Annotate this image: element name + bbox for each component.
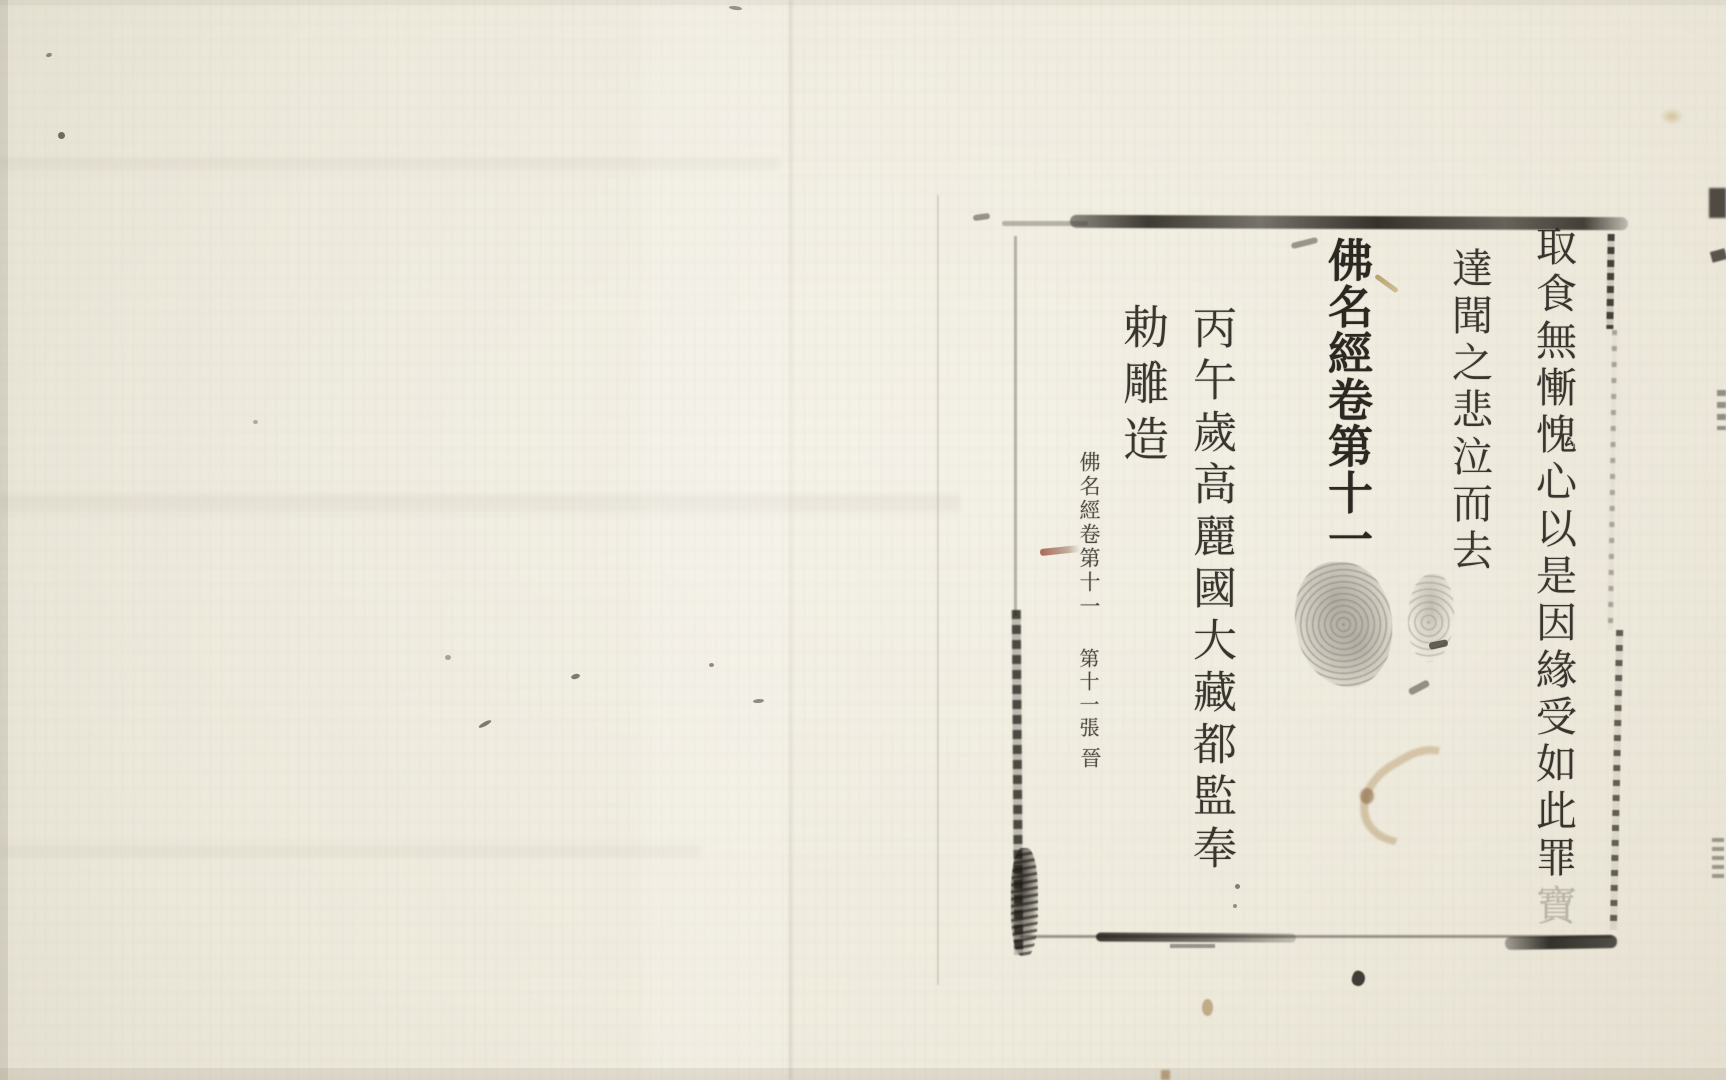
block-border-bottom (1505, 935, 1617, 950)
paper-speck (571, 673, 581, 680)
ink-fleck (1350, 969, 1367, 988)
sutra-sheet-scan: 取食無慚愧心以是因緣受如此罪 寶 達聞之悲泣而去 佛名經卷第十一 丙午歲高麗國大… (0, 0, 1726, 1080)
end-title-text: 佛名經卷第十一 (1320, 237, 1373, 563)
paper-edge-shadow (0, 1068, 1726, 1080)
block-border-right (1606, 234, 1614, 329)
paper-speck (58, 132, 65, 139)
faint-character-text: 寶 (1529, 884, 1577, 925)
paper-stain (1161, 1070, 1170, 1080)
paper-stain (1202, 999, 1213, 1016)
colophon-date-column: 丙午歲高麗國大藏都監奉 (1178, 305, 1242, 877)
adjacent-sheet-border-fragment (1709, 188, 1726, 218)
paper-speck (45, 52, 52, 58)
scripture-column-1-text: 取食無慚愧心以是因緣受如此罪 (1529, 225, 1577, 883)
colophon-date-text: 丙午歲高麗國大藏都監奉 (1185, 305, 1236, 877)
paper-speck (253, 420, 258, 424)
paper-speck (445, 655, 451, 660)
sheet-number-text: 第十一張 (1076, 648, 1100, 740)
case-character-column: 晉 (1075, 747, 1105, 768)
paper-speck (478, 719, 492, 729)
ink-mottle-stain (1295, 562, 1392, 687)
paper-edge-shadow (0, 0, 1726, 5)
block-border-bottom (1170, 944, 1215, 948)
ink-dot (1233, 904, 1237, 908)
adjacent-sheet-border-fragment (1712, 838, 1724, 880)
end-title-column: 佛名經卷第十一 (1314, 237, 1379, 563)
paper-shade-band (0, 845, 700, 857)
block-border-left (1014, 236, 1017, 616)
paper-edge-shadow (0, 0, 8, 1080)
ink-smudge (973, 213, 991, 221)
paper-light-band (640, 0, 790, 1080)
adjacent-sheet-border-fragment (1717, 390, 1726, 430)
case-character-text: 晉 (1078, 747, 1102, 768)
scripture-column-1: 取食無慚愧心以是因緣受如此罪 (1524, 225, 1583, 883)
sheet-mark-title-text: 佛名經卷第十一 (1077, 451, 1101, 619)
block-border-right (1608, 330, 1617, 630)
scripture-column-2-text: 達聞之悲泣而去 (1445, 247, 1493, 576)
paper-crease (789, 0, 792, 1080)
faint-character: 寶 (1524, 884, 1583, 925)
block-border-right (1610, 630, 1623, 930)
sheet-number-column: 第十一張 (1074, 648, 1103, 740)
block-border-top-faint (1002, 221, 1088, 226)
sheet-mark-title-column: 佛名經卷第十一 (1074, 451, 1104, 619)
ink-smudge (1408, 679, 1431, 696)
block-border-bottom (1096, 932, 1296, 942)
paper-speck (709, 663, 714, 667)
colophon-decree-column: 勅雕造 (1110, 303, 1176, 471)
scripture-column-2: 達聞之悲泣而去 (1440, 247, 1499, 576)
paper-shade-band (0, 494, 960, 512)
block-border-left-smudge (1011, 848, 1038, 956)
adjacent-sheet-border-fragment (1710, 248, 1726, 263)
paper-seam (937, 195, 939, 985)
colophon-decree-text: 勅雕造 (1116, 303, 1170, 471)
brown-hook-stain-tip (1360, 788, 1374, 804)
ink-dot (1235, 884, 1240, 889)
paper-stain (1660, 108, 1684, 125)
